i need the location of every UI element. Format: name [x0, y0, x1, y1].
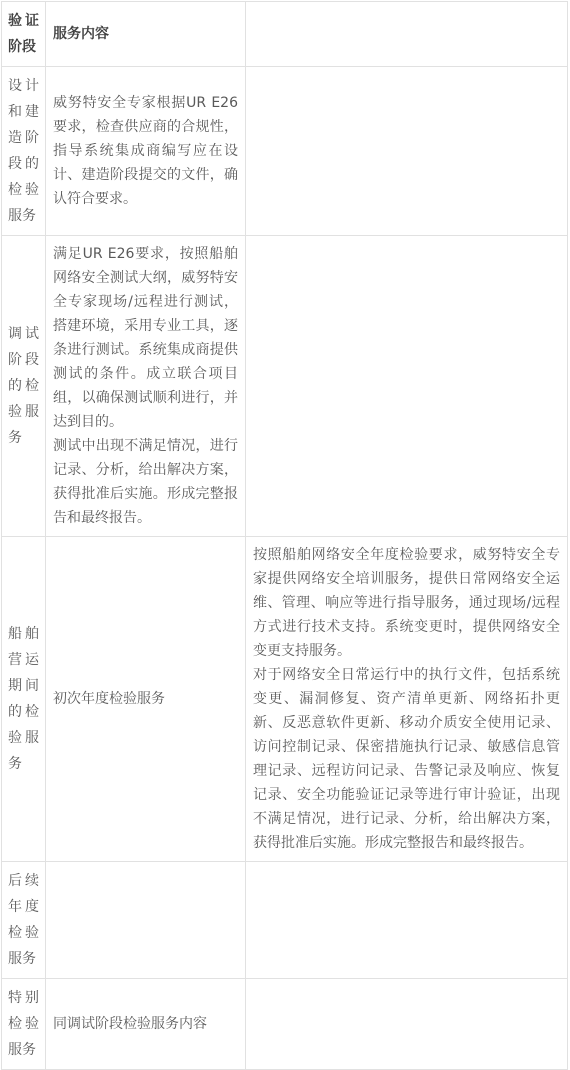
cell-phase: 后续年度检验服务 — [2, 862, 46, 979]
cell-detail — [246, 236, 568, 537]
cell-phase: 特别检验服务 — [2, 979, 46, 1070]
cell-service: 威努特安全专家根据UR E26要求，检查供应商的合规性，指导系统集成商编写应在设… — [46, 67, 246, 236]
cell-phase: 船舶营运期间的检验服务 — [2, 537, 46, 862]
cell-detail — [246, 979, 568, 1070]
cell-detail — [246, 862, 568, 979]
header-phase: 验证阶段 — [2, 2, 46, 67]
table-row: 船舶营运期间的检验服务 初次年度检验服务 按照船舶网络安全年度检验要求，威努特安… — [2, 537, 568, 862]
service-paragraph: 同调试阶段检验服务内容 — [53, 1012, 238, 1036]
cell-service: 满足UR E26要求，按照船舶网络安全测试大纲，威努特安全专家现场/远程进行测试… — [46, 236, 246, 537]
detail-paragraph: 按照船舶网络安全年度检验要求，威努特安全专家提供网络安全培训服务，提供日常网络安… — [253, 543, 560, 663]
header-detail — [246, 2, 568, 67]
service-paragraph: 满足UR E26要求，按照船舶网络安全测试大纲，威努特安全专家现场/远程进行测试… — [53, 242, 238, 434]
table-header-row: 验证阶段 服务内容 — [2, 2, 568, 67]
cell-detail: 按照船舶网络安全年度检验要求，威努特安全专家提供网络安全培训服务，提供日常网络安… — [246, 537, 568, 862]
cell-phase: 调试阶段的检验服务 — [2, 236, 46, 537]
service-paragraph: 测试中出现不满足情况，进行记录、分析，给出解决方案，获得批准后实施。形成完整报告… — [53, 434, 238, 530]
table-row: 调试阶段的检验服务 满足UR E26要求，按照船舶网络安全测试大纲，威努特安全专… — [2, 236, 568, 537]
cell-phase: 设计和建造阶段的检验服务 — [2, 67, 46, 236]
cell-service: 同调试阶段检验服务内容 — [46, 979, 246, 1070]
detail-paragraph: 对于网络安全日常运行中的执行文件，包括系统变更、漏洞修复、资产清单更新、网络拓扑… — [253, 663, 560, 855]
table-row: 设计和建造阶段的检验服务 威努特安全专家根据UR E26要求，检查供应商的合规性… — [2, 67, 568, 236]
cell-service: 初次年度检验服务 — [46, 537, 246, 862]
service-paragraph: 初次年度检验服务 — [53, 687, 238, 711]
cell-service — [46, 862, 246, 979]
cell-detail — [246, 67, 568, 236]
service-paragraph: 威努特安全专家根据UR E26要求，检查供应商的合规性，指导系统集成商编写应在设… — [53, 91, 238, 211]
service-table: 验证阶段 服务内容 设计和建造阶段的检验服务 威努特安全专家根据UR E26要求… — [1, 1, 568, 1070]
table-row: 后续年度检验服务 — [2, 862, 568, 979]
header-service: 服务内容 — [46, 2, 246, 67]
table-row: 特别检验服务 同调试阶段检验服务内容 — [2, 979, 568, 1070]
